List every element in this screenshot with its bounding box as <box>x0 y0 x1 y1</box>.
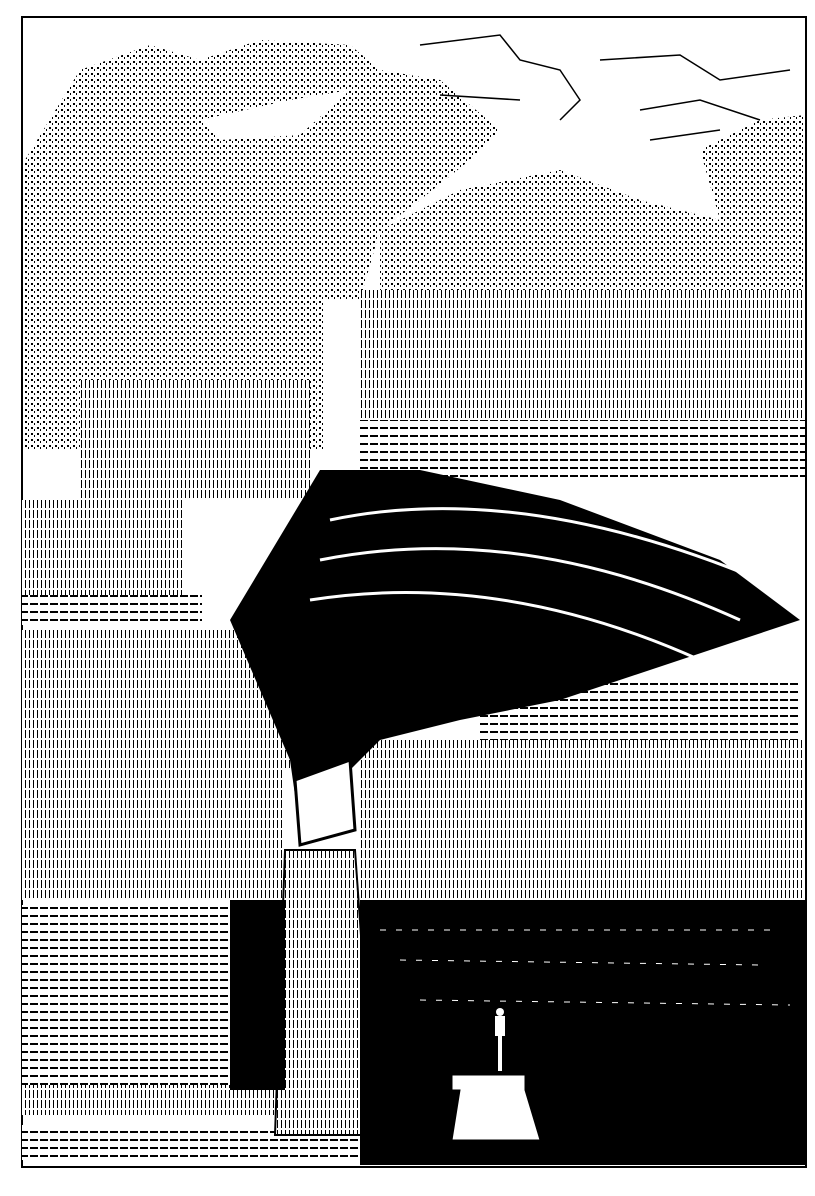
illustration <box>0 0 815 1196</box>
